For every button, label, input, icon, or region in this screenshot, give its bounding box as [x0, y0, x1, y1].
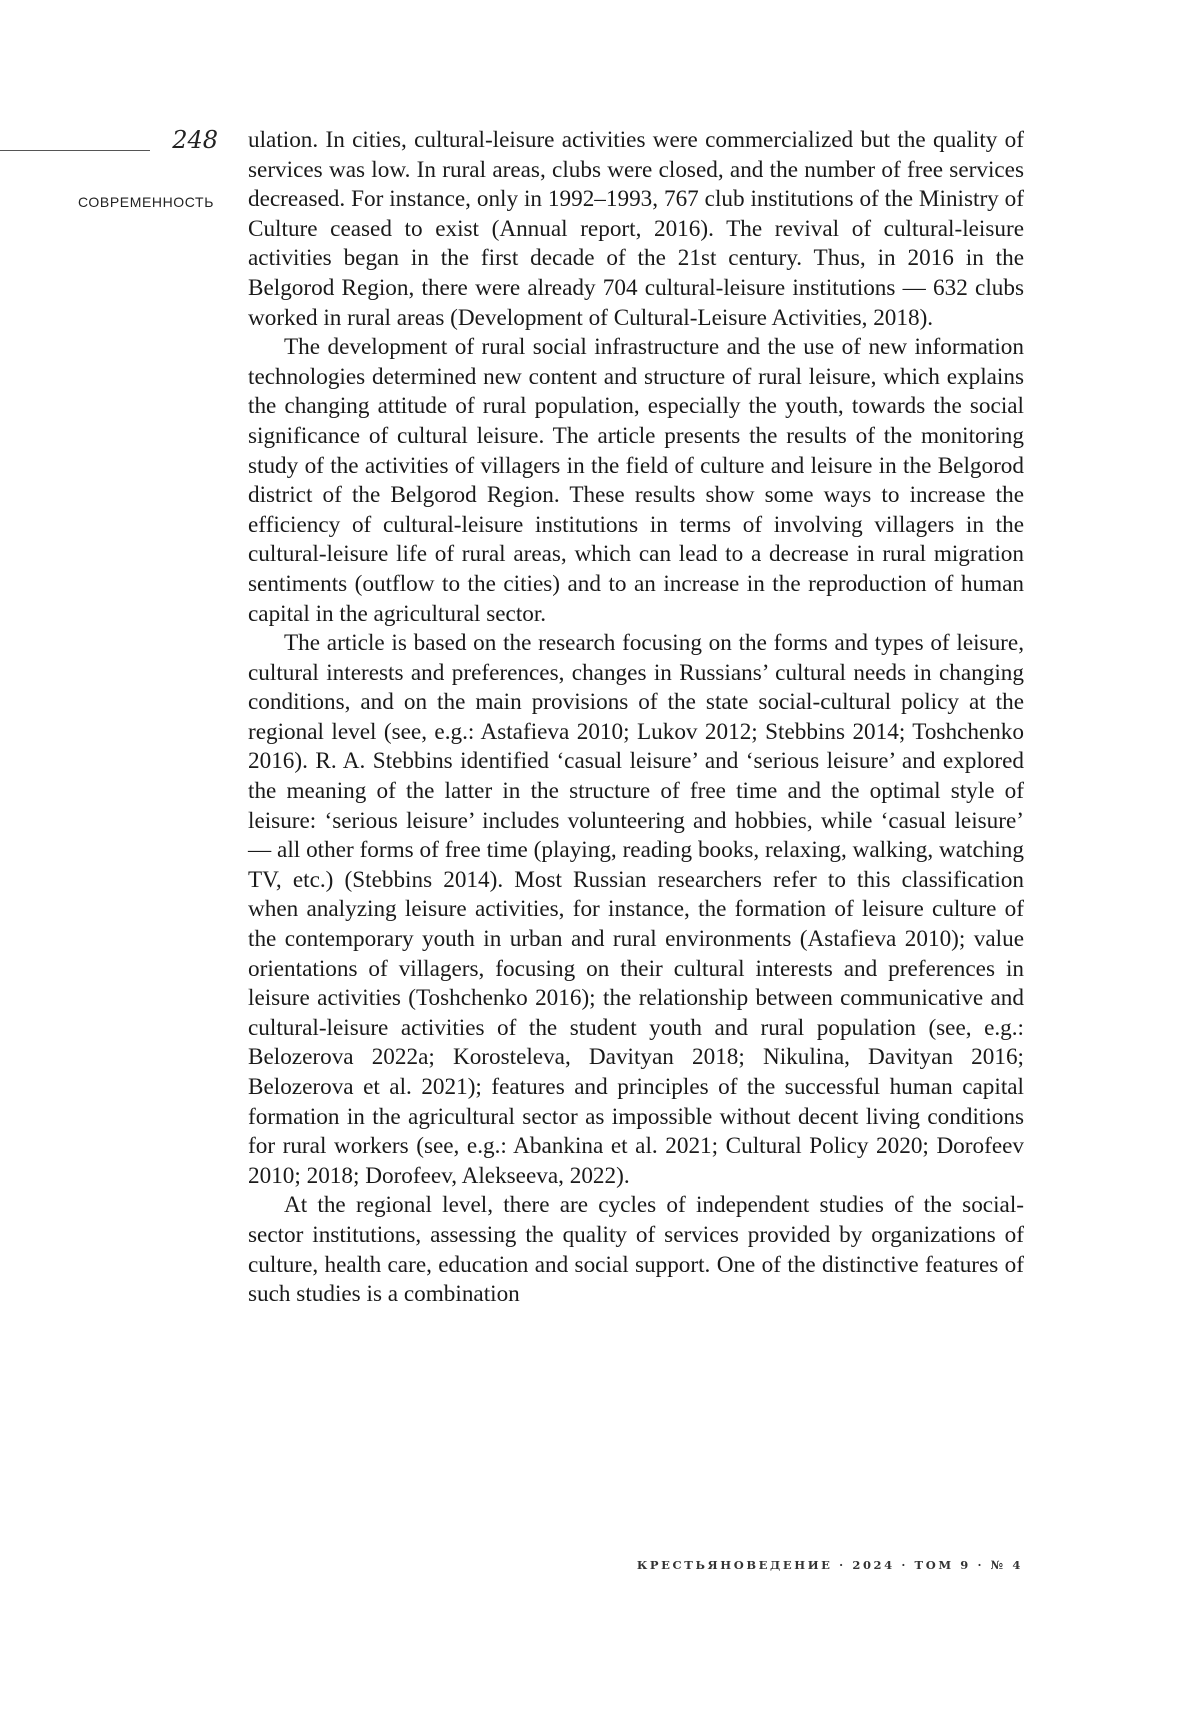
paragraph-continued: ulation. In cities, cultural-leisure act…	[248, 126, 1024, 333]
section-label: СОВРЕМЕННОСТЬ	[46, 193, 214, 211]
margin-rule	[0, 150, 150, 151]
article-body: ulation. In cities, cultural-leisure act…	[248, 126, 1024, 1310]
paragraph: The article is based on the research foc…	[248, 629, 1024, 1191]
paragraph: The development of rural social infrastr…	[248, 333, 1024, 629]
running-footer: КРЕСТЬЯНОВЕДЕНИЕ · 2024 · ТОМ 9 · № 4	[600, 1557, 1023, 1573]
paragraph: At the regional level, there are cycles …	[248, 1191, 1024, 1309]
page-number: 248	[158, 126, 218, 154]
